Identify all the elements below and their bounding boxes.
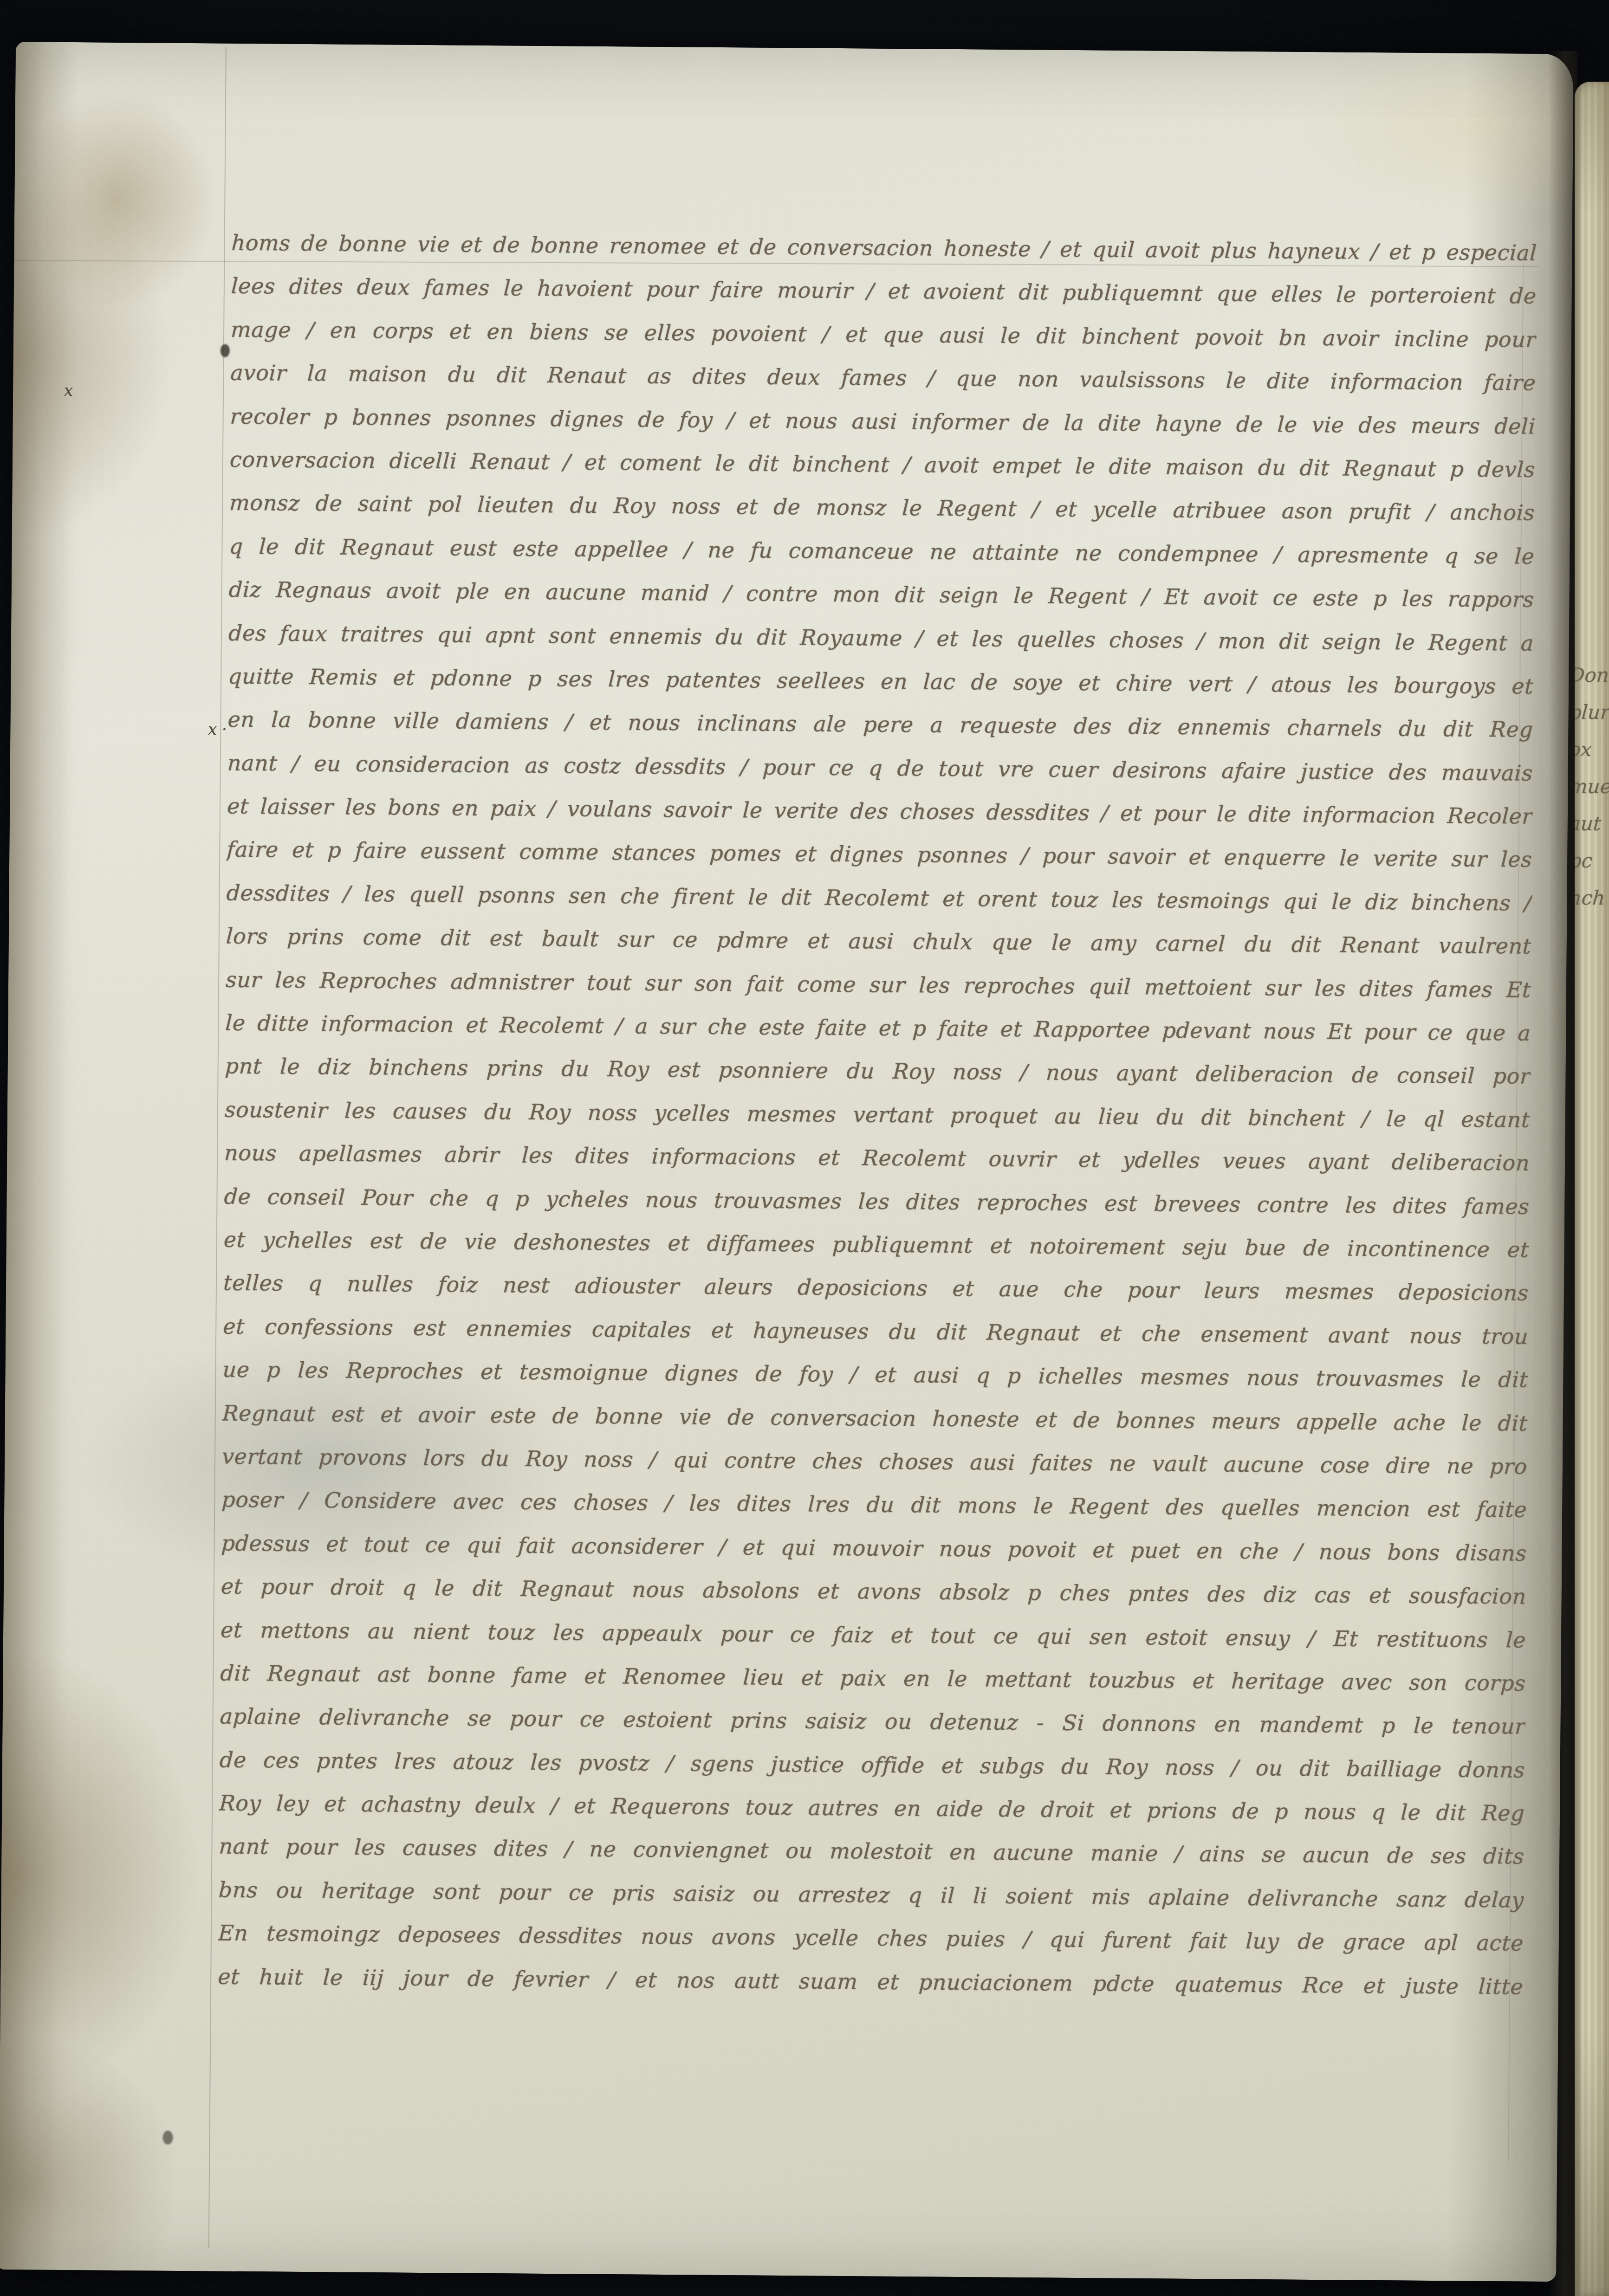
- adjacent-page-text-fragment: plur: [1575, 703, 1609, 722]
- text-block: homs de bonne vie et de bonne renomee et…: [218, 223, 1537, 2010]
- manuscript-photograph: homs de bonne vie et de bonne renomee et…: [0, 0, 1609, 2296]
- adjacent-page-text-fragment: Don: [1575, 666, 1609, 685]
- adjacent-page-text-fragment: hch: [1575, 888, 1609, 908]
- adjacent-page-text-fragment: aut: [1575, 814, 1609, 834]
- adjacent-page-text-fragment: pc: [1575, 851, 1609, 871]
- parchment-page: homs de bonne vie et de bonne renomee et…: [0, 42, 1574, 2282]
- ink-blot: [162, 2131, 173, 2145]
- gutter-fold-shadow: [1549, 51, 1577, 2296]
- adjacent-page-edge: Donpluroxmueautpchch: [1575, 82, 1609, 2296]
- adjacent-page-text-fragment: mue: [1575, 777, 1609, 796]
- ink-blot: [221, 344, 230, 357]
- adjacent-page-text-fragment: ox: [1575, 740, 1609, 759]
